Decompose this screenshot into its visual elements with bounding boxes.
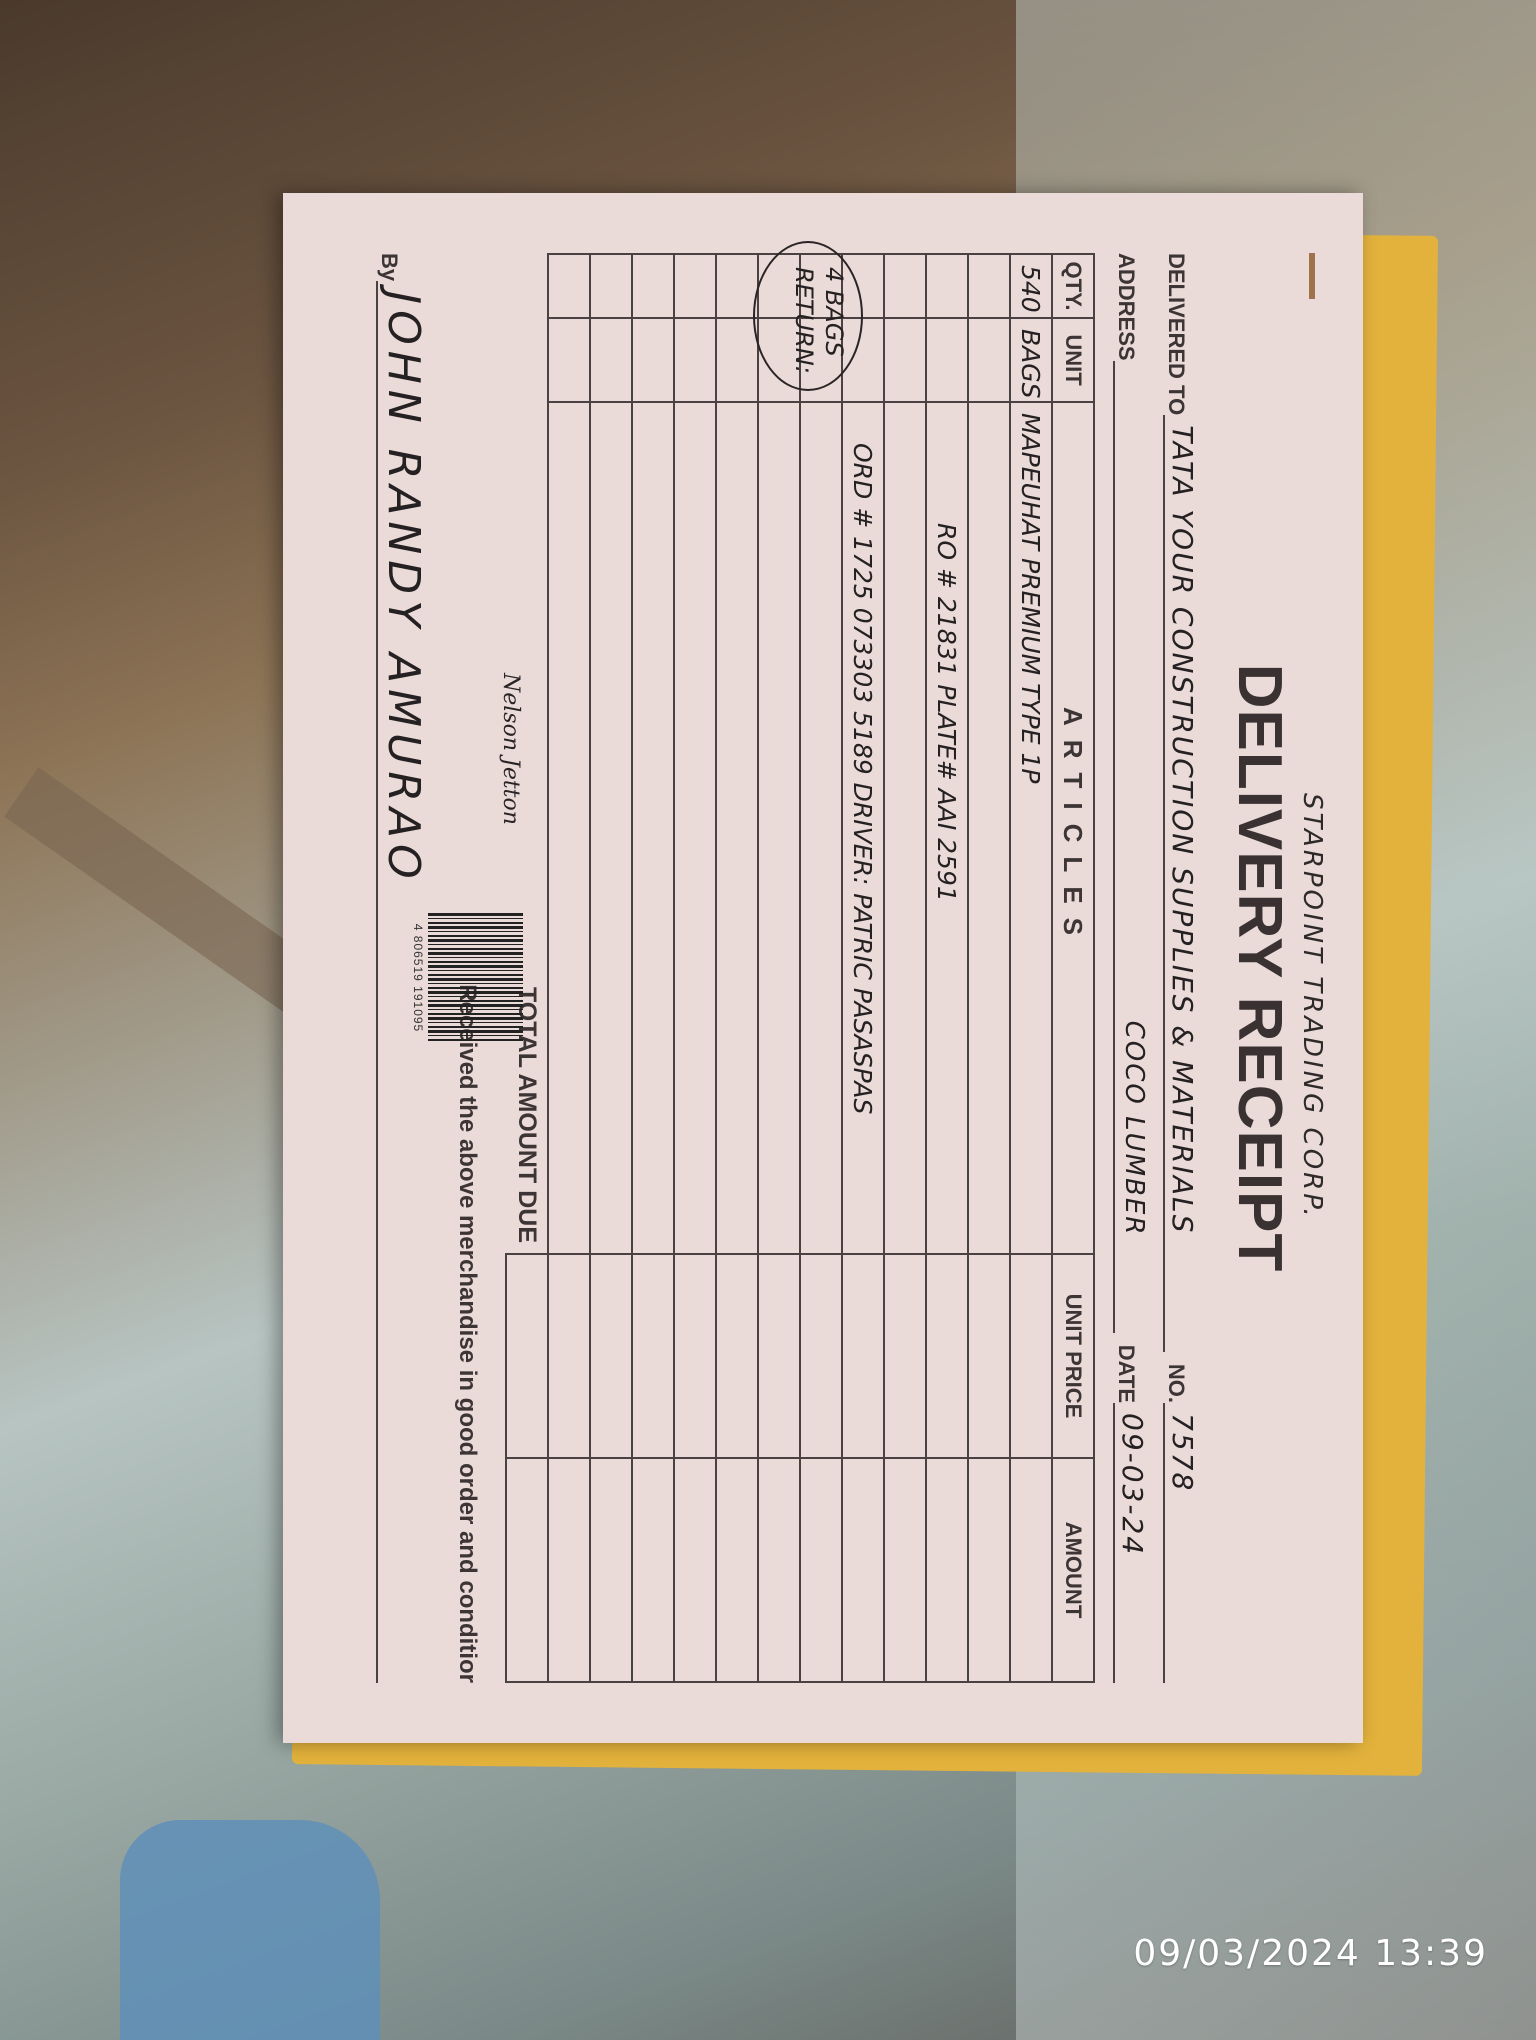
qty-cell <box>548 254 590 318</box>
unit-cell <box>716 318 758 402</box>
unit-header: UNIT <box>1052 318 1094 402</box>
qty-cell <box>884 254 926 318</box>
qty-cell <box>674 254 716 318</box>
table-row <box>590 254 632 1682</box>
barcode-number: 4 806519 191095 <box>411 924 425 1032</box>
barcode-bars <box>428 913 523 1043</box>
unit-price-cell <box>926 1254 968 1458</box>
table-row <box>884 254 926 1682</box>
qty-cell: 540 <box>1010 254 1052 318</box>
qty-cell <box>632 254 674 318</box>
amount-cell <box>1010 1458 1052 1682</box>
date-value: 09-03-24 <box>1113 1403 1149 1683</box>
address-row: ADDRESS COCO LUMBER DATE 09-03-24 <box>1113 253 1149 1683</box>
total-amount-spacer <box>506 1254 548 1458</box>
amount-cell <box>590 1458 632 1682</box>
article-cell <box>548 402 590 1254</box>
unit-price-cell <box>884 1254 926 1458</box>
delivered-to-label: DELIVERED TO <box>1163 253 1189 415</box>
unit-price-cell <box>590 1254 632 1458</box>
unit-cell: BAGS <box>1010 318 1052 402</box>
table-row: 540 BAGS MAPEUHAT PREMIUM TYPE 1P <box>1010 254 1052 1682</box>
amount-cell <box>968 1458 1010 1682</box>
qty-cell <box>926 254 968 318</box>
unit-cell <box>632 318 674 402</box>
amount-cell <box>548 1458 590 1682</box>
amount-cell <box>716 1458 758 1682</box>
table-row: ORD # 1725 073303 5189 DRIVER: PATRIC PA… <box>842 254 884 1682</box>
article-cell <box>884 402 926 1254</box>
article-cell <box>590 402 632 1254</box>
unit-price-cell <box>674 1254 716 1458</box>
unit-cell <box>968 318 1010 402</box>
receipt-no-value: 7578 <box>1163 1403 1199 1683</box>
unit-cell <box>590 318 632 402</box>
camera-timestamp: 09/03/2024 13:39 <box>1133 1933 1488 1974</box>
amount-cell <box>842 1458 884 1682</box>
table-row: RO # 21831 PLATE# AAI 2591 <box>926 254 968 1682</box>
article-cell: ORD # 1725 073303 5189 DRIVER: PATRIC PA… <box>842 402 884 1254</box>
articles-table: QTY. UNIT ARTICLES UNIT PRICE AMOUNT 540… <box>505 253 1095 1683</box>
unit-price-cell <box>1010 1254 1052 1458</box>
barcode: 4 806519 191095 <box>403 913 523 1043</box>
amount-cell <box>926 1458 968 1682</box>
amount-cell <box>674 1458 716 1682</box>
date-label: DATE <box>1113 1345 1139 1403</box>
qty-cell <box>716 254 758 318</box>
receipt-header: STARPOINT TRADING CORP. DELIVERY RECEIPT <box>1213 253 1323 1683</box>
delivered-to-value: TATA YOUR CONSTRUCTION SUPPLIES & MATERI… <box>1163 415 1199 1352</box>
article-cell <box>674 402 716 1254</box>
table-row <box>758 254 800 1682</box>
article-cell <box>968 402 1010 1254</box>
company-name: STARPOINT TRADING CORP. <box>1297 793 1327 1220</box>
unit-price-cell <box>632 1254 674 1458</box>
article-cell <box>800 402 842 1254</box>
receipt-container: STARPOINT TRADING CORP. DELIVERY RECEIPT… <box>268 188 1378 1748</box>
by-label: By <box>376 253 402 281</box>
qty-cell <box>968 254 1010 318</box>
articles-header: ARTICLES <box>1052 402 1094 1254</box>
background-cloth <box>120 1820 380 2040</box>
unit-price-cell <box>800 1254 842 1458</box>
amount-cell <box>632 1458 674 1682</box>
table-row <box>716 254 758 1682</box>
unit-cell <box>884 318 926 402</box>
unit-cell <box>926 318 968 402</box>
table-row <box>968 254 1010 1682</box>
unit-price-cell <box>968 1254 1010 1458</box>
perforation-mark <box>1309 253 1315 299</box>
article-cell: MAPEUHAT PREMIUM TYPE 1P <box>1010 402 1052 1254</box>
qty-header: QTY. <box>1052 254 1094 318</box>
amount-cell <box>758 1458 800 1682</box>
amount-header: AMOUNT <box>1052 1458 1094 1682</box>
circled-return-note: 4 BAGS RETURN: <box>753 241 863 391</box>
address-value: COCO LUMBER <box>1113 361 1149 1333</box>
amount-cell <box>800 1458 842 1682</box>
unit-cell <box>548 318 590 402</box>
total-amount-value <box>506 1458 548 1682</box>
unit-price-header: UNIT PRICE <box>1052 1254 1094 1458</box>
unit-cell <box>674 318 716 402</box>
table-row <box>800 254 842 1682</box>
amount-cell <box>884 1458 926 1682</box>
table-row <box>632 254 674 1682</box>
checker-name: Nelson Jetton <box>498 673 523 825</box>
table-header-row: QTY. UNIT ARTICLES UNIT PRICE AMOUNT <box>1052 254 1094 1682</box>
article-cell: RO # 21831 PLATE# AAI 2591 <box>926 402 968 1254</box>
article-cell <box>758 402 800 1254</box>
article-cell <box>632 402 674 1254</box>
unit-price-cell <box>548 1254 590 1458</box>
receipt-title: DELIVERY RECEIPT <box>1224 253 1295 1683</box>
table-row <box>548 254 590 1682</box>
address-label: ADDRESS <box>1113 253 1139 361</box>
unit-price-cell <box>758 1254 800 1458</box>
article-cell <box>716 402 758 1254</box>
delivered-to-row: DELIVERED TO TATA YOUR CONSTRUCTION SUPP… <box>1163 253 1199 1683</box>
delivery-receipt: STARPOINT TRADING CORP. DELIVERY RECEIPT… <box>283 193 1363 1743</box>
qty-cell <box>590 254 632 318</box>
receipt-no-label: NO. <box>1163 1364 1189 1403</box>
table-row <box>674 254 716 1682</box>
unit-price-cell <box>716 1254 758 1458</box>
unit-price-cell <box>842 1254 884 1458</box>
